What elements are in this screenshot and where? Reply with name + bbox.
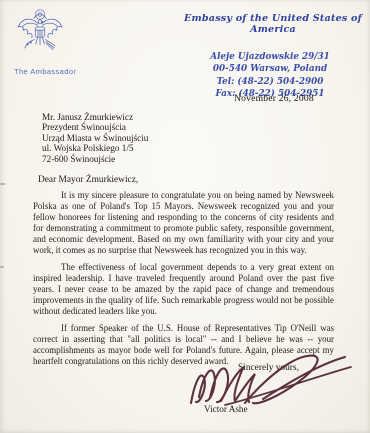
embassy-title: Embassy of the United States of America (180, 13, 366, 35)
us-great-seal-icon (15, 6, 65, 62)
recipient-line: ul. Wojska Polskiego 1/5 (42, 143, 148, 153)
salutation: Dear Mayor Żmurkiewicz, (38, 175, 138, 185)
recipient-line: Prezydent Świnoujścia (42, 122, 148, 132)
scan-artifact (0, 183, 5, 185)
letter-body: It is my sincere pleasure to congratulat… (33, 190, 334, 373)
letter-date: November 26, 2008 (234, 93, 314, 104)
paragraph: It is my sincere pleasure to congratulat… (33, 190, 334, 256)
recipient-line: 72-600 Świnoujście (42, 154, 148, 164)
recipient-line: Urząd Miasta w Świnoujściu (42, 133, 148, 143)
address-line: Aleje Ujazdowskie 29/31 (190, 51, 350, 63)
recipient-block: Mr. Janusz Żmurkiewicz Prezydent Świnouj… (42, 112, 148, 164)
address-line: 00-540 Warsaw, Poland (190, 63, 350, 75)
signature-name: Victor Ashe (204, 404, 248, 414)
recipient-line: Mr. Janusz Żmurkiewicz (42, 112, 148, 122)
scanned-letter: The Ambassador Embassy of the United Sta… (0, 0, 370, 433)
paragraph: The effectiveness of local government de… (33, 262, 334, 317)
scan-artifact (0, 266, 4, 268)
address-line: Tel: (48-22) 504-2900 (190, 76, 350, 88)
sender-role-label: The Ambassador (14, 67, 94, 76)
